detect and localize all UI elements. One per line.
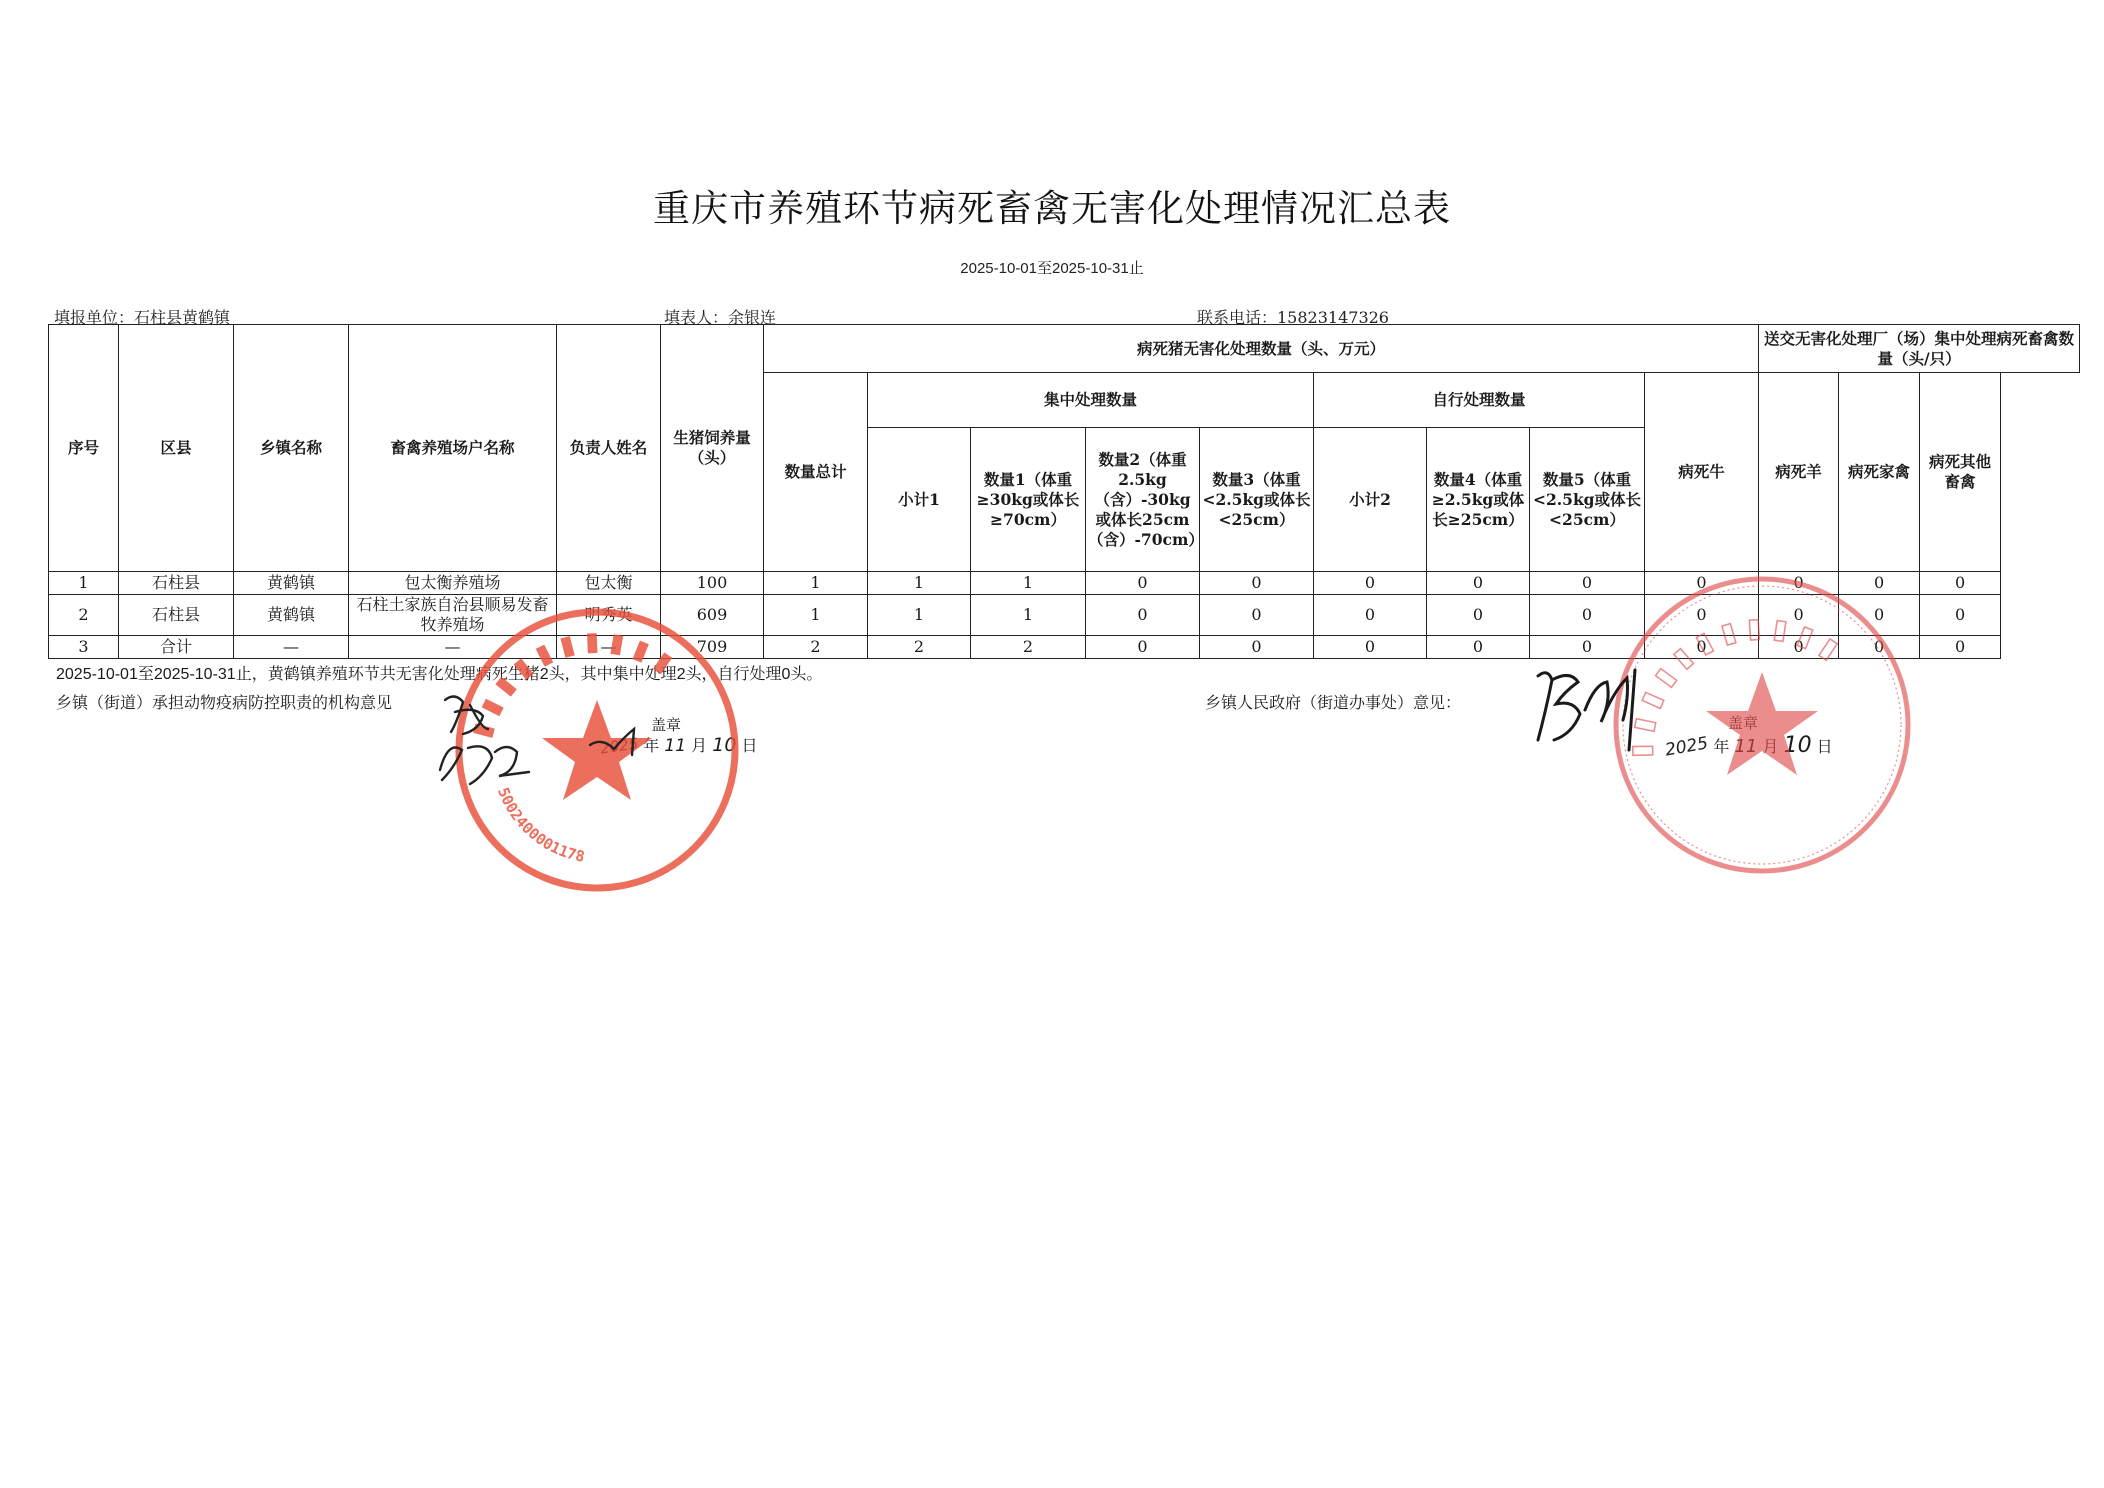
left-date-month-label: 月: [691, 736, 707, 755]
town-government-opinion-label: 乡镇人民政府（街道办事处）意见：: [1205, 690, 1461, 713]
cell-cattle: 0: [1645, 572, 1759, 595]
svg-text:5002400001178: 5002400001178: [494, 785, 586, 866]
header-seq: 序号: [49, 325, 119, 572]
table-row-total: 3 合计 — — — 709 2 2 2 0 0 0 0 0 0 0 0 0: [49, 636, 2080, 659]
left-date-year: 2025: [599, 734, 639, 757]
header-county: 区县: [119, 325, 234, 572]
summary-statement: 2025-10-01至2025-10-31止，黄鹤镇养殖环节共无害化处理病死生猪…: [56, 661, 822, 684]
cell-subtotal2: 0: [1314, 572, 1427, 595]
cell-farm: —: [349, 636, 557, 659]
left-stamp-code: 5002400001178: [494, 785, 586, 866]
table-row: 2 石柱县 黄鹤镇 石柱土家族自治县顺易发畜牧养殖场 明秀英 609 1 1 1…: [49, 595, 2080, 636]
cell-qty5: 0: [1530, 636, 1645, 659]
cell-cattle: 0: [1645, 636, 1759, 659]
header-subtotal1: 小计1: [868, 428, 971, 572]
cell-county: 石柱县: [119, 595, 234, 636]
cell-subtotal2: 0: [1314, 595, 1427, 636]
right-date-day-label: 日: [1817, 737, 1833, 756]
cell-qty5: 0: [1530, 595, 1645, 636]
cell-seq: 3: [49, 636, 119, 659]
header-other: 病死其他畜禽: [1920, 373, 2001, 572]
cell-qty3: 0: [1200, 572, 1314, 595]
cell-qty4: 0: [1427, 572, 1530, 595]
header-plant-group: 送交无害化处理厂（场）集中处理病死畜禽数量（头/只）: [1759, 325, 2080, 373]
header-farm: 畜禽养殖场户名称: [349, 325, 557, 572]
header-self-group: 自行处理数量: [1314, 373, 1645, 428]
cell-town: —: [234, 636, 349, 659]
document-title: 重庆市养殖环节病死畜禽无害化处理情况汇总表: [0, 178, 2104, 232]
left-date-year-label: 年: [643, 736, 659, 755]
cell-sheep: 0: [1759, 595, 1839, 636]
cell-qty4: 0: [1427, 595, 1530, 636]
cell-total: 2: [764, 636, 868, 659]
cell-subtotal1: 1: [868, 595, 971, 636]
cell-town: 黄鹤镇: [234, 572, 349, 595]
header-qty2: 数量2（体重2.5kg（含）-30kg或体长25cm（含）-70cm）: [1086, 428, 1200, 572]
right-stamp-star-icon: [1706, 672, 1818, 775]
header-subtotal2: 小计2: [1314, 428, 1427, 572]
cell-other: 0: [1920, 636, 2001, 659]
cell-county: 石柱县: [119, 572, 234, 595]
cell-pig-stock: 709: [661, 636, 764, 659]
cell-qty5: 0: [1530, 572, 1645, 595]
cell-pig-stock: 100: [661, 572, 764, 595]
cell-sheep: 0: [1759, 636, 1839, 659]
right-date-month: 11: [1734, 736, 1757, 757]
header-total: 数量总计: [764, 373, 868, 572]
vet-agency-opinion-label: 乡镇（街道）承担动物疫病防控职责的机构意见: [56, 690, 392, 713]
left-date-day-label: 日: [742, 736, 758, 755]
cell-owner: —: [557, 636, 661, 659]
header-pig-stock: 生猪饲养量（头）: [661, 325, 764, 572]
summary-table: 序号 区县 乡镇名称 畜禽养殖场户名称 负责人姓名 生猪饲养量（头） 病死猪无害…: [48, 324, 2080, 659]
header-qty5: 数量5（体重<2.5kg或体长<25cm）: [1530, 428, 1645, 572]
cell-total: 1: [764, 595, 868, 636]
right-date-month-label: 月: [1762, 737, 1778, 756]
cell-sheep: 0: [1759, 572, 1839, 595]
table-row: 1 石柱县 黄鹤镇 包太衡养殖场 包太衡 100 1 1 1 0 0 0 0 0…: [49, 572, 2080, 595]
cell-pig-stock: 609: [661, 595, 764, 636]
header-town: 乡镇名称: [234, 325, 349, 572]
cell-subtotal1: 2: [868, 636, 971, 659]
left-date-month: 11: [664, 736, 686, 756]
cell-qty3: 0: [1200, 636, 1314, 659]
cell-qty1: 2: [971, 636, 1086, 659]
right-date-year: 2025: [1664, 733, 1710, 760]
cell-other: 0: [1920, 595, 2001, 636]
cell-subtotal1: 1: [868, 572, 971, 595]
header-row-1: 序号 区县 乡镇名称 畜禽养殖场户名称 负责人姓名 生猪饲养量（头） 病死猪无害…: [49, 325, 2080, 373]
cell-cattle: 0: [1645, 595, 1759, 636]
cell-subtotal2: 0: [1314, 636, 1427, 659]
cell-qty1: 1: [971, 595, 1086, 636]
right-handwritten-signature: [1538, 670, 1635, 750]
cell-total: 1: [764, 572, 868, 595]
header-owner: 负责人姓名: [557, 325, 661, 572]
header-pig-group: 病死猪无害化处理数量（头、万元）: [764, 325, 1759, 373]
cell-other: 0: [1920, 572, 2001, 595]
header-qty4: 数量4（体重≥2.5kg或体长≥25cm）: [1427, 428, 1530, 572]
reporting-period: 2025-10-01至2025-10-31止: [0, 257, 2104, 278]
cell-farm: 石柱土家族自治县顺易发畜牧养殖场: [349, 595, 557, 636]
right-signature-date: 2025 年 11 月 10 日: [1665, 733, 1833, 758]
cell-poultry: 0: [1839, 636, 1920, 659]
cell-town: 黄鹤镇: [234, 595, 349, 636]
header-sheep: 病死羊: [1759, 373, 1839, 572]
cell-qty1: 1: [971, 572, 1086, 595]
right-seal-label: 盖章: [1728, 712, 1758, 733]
left-seal-label: 盖章: [651, 714, 681, 735]
cell-qty4: 0: [1427, 636, 1530, 659]
header-qty1: 数量1（体重≥30kg或体长≥70cm）: [971, 428, 1086, 572]
cell-seq: 2: [49, 595, 119, 636]
header-central-group: 集中处理数量: [868, 373, 1314, 428]
cell-qty2: 0: [1086, 636, 1200, 659]
cell-owner: 包太衡: [557, 572, 661, 595]
cell-seq: 1: [49, 572, 119, 595]
cell-qty2: 0: [1086, 595, 1200, 636]
left-signature-date: 2025 年 11 月 10 日: [600, 733, 758, 756]
cell-qty3: 0: [1200, 595, 1314, 636]
cell-county: 合计: [119, 636, 234, 659]
cell-poultry: 0: [1839, 595, 1920, 636]
left-date-day: 10: [712, 734, 736, 756]
right-date-year-label: 年: [1713, 737, 1729, 756]
right-date-day: 10: [1784, 733, 1812, 758]
header-qty3: 数量3（体重<2.5kg或体长<25cm）: [1200, 428, 1314, 572]
header-cattle: 病死牛: [1645, 373, 1759, 572]
cell-farm: 包太衡养殖场: [349, 572, 557, 595]
cell-qty2: 0: [1086, 572, 1200, 595]
cell-poultry: 0: [1839, 572, 1920, 595]
cell-owner: 明秀英: [557, 595, 661, 636]
header-poultry: 病死家禽: [1839, 373, 1920, 572]
